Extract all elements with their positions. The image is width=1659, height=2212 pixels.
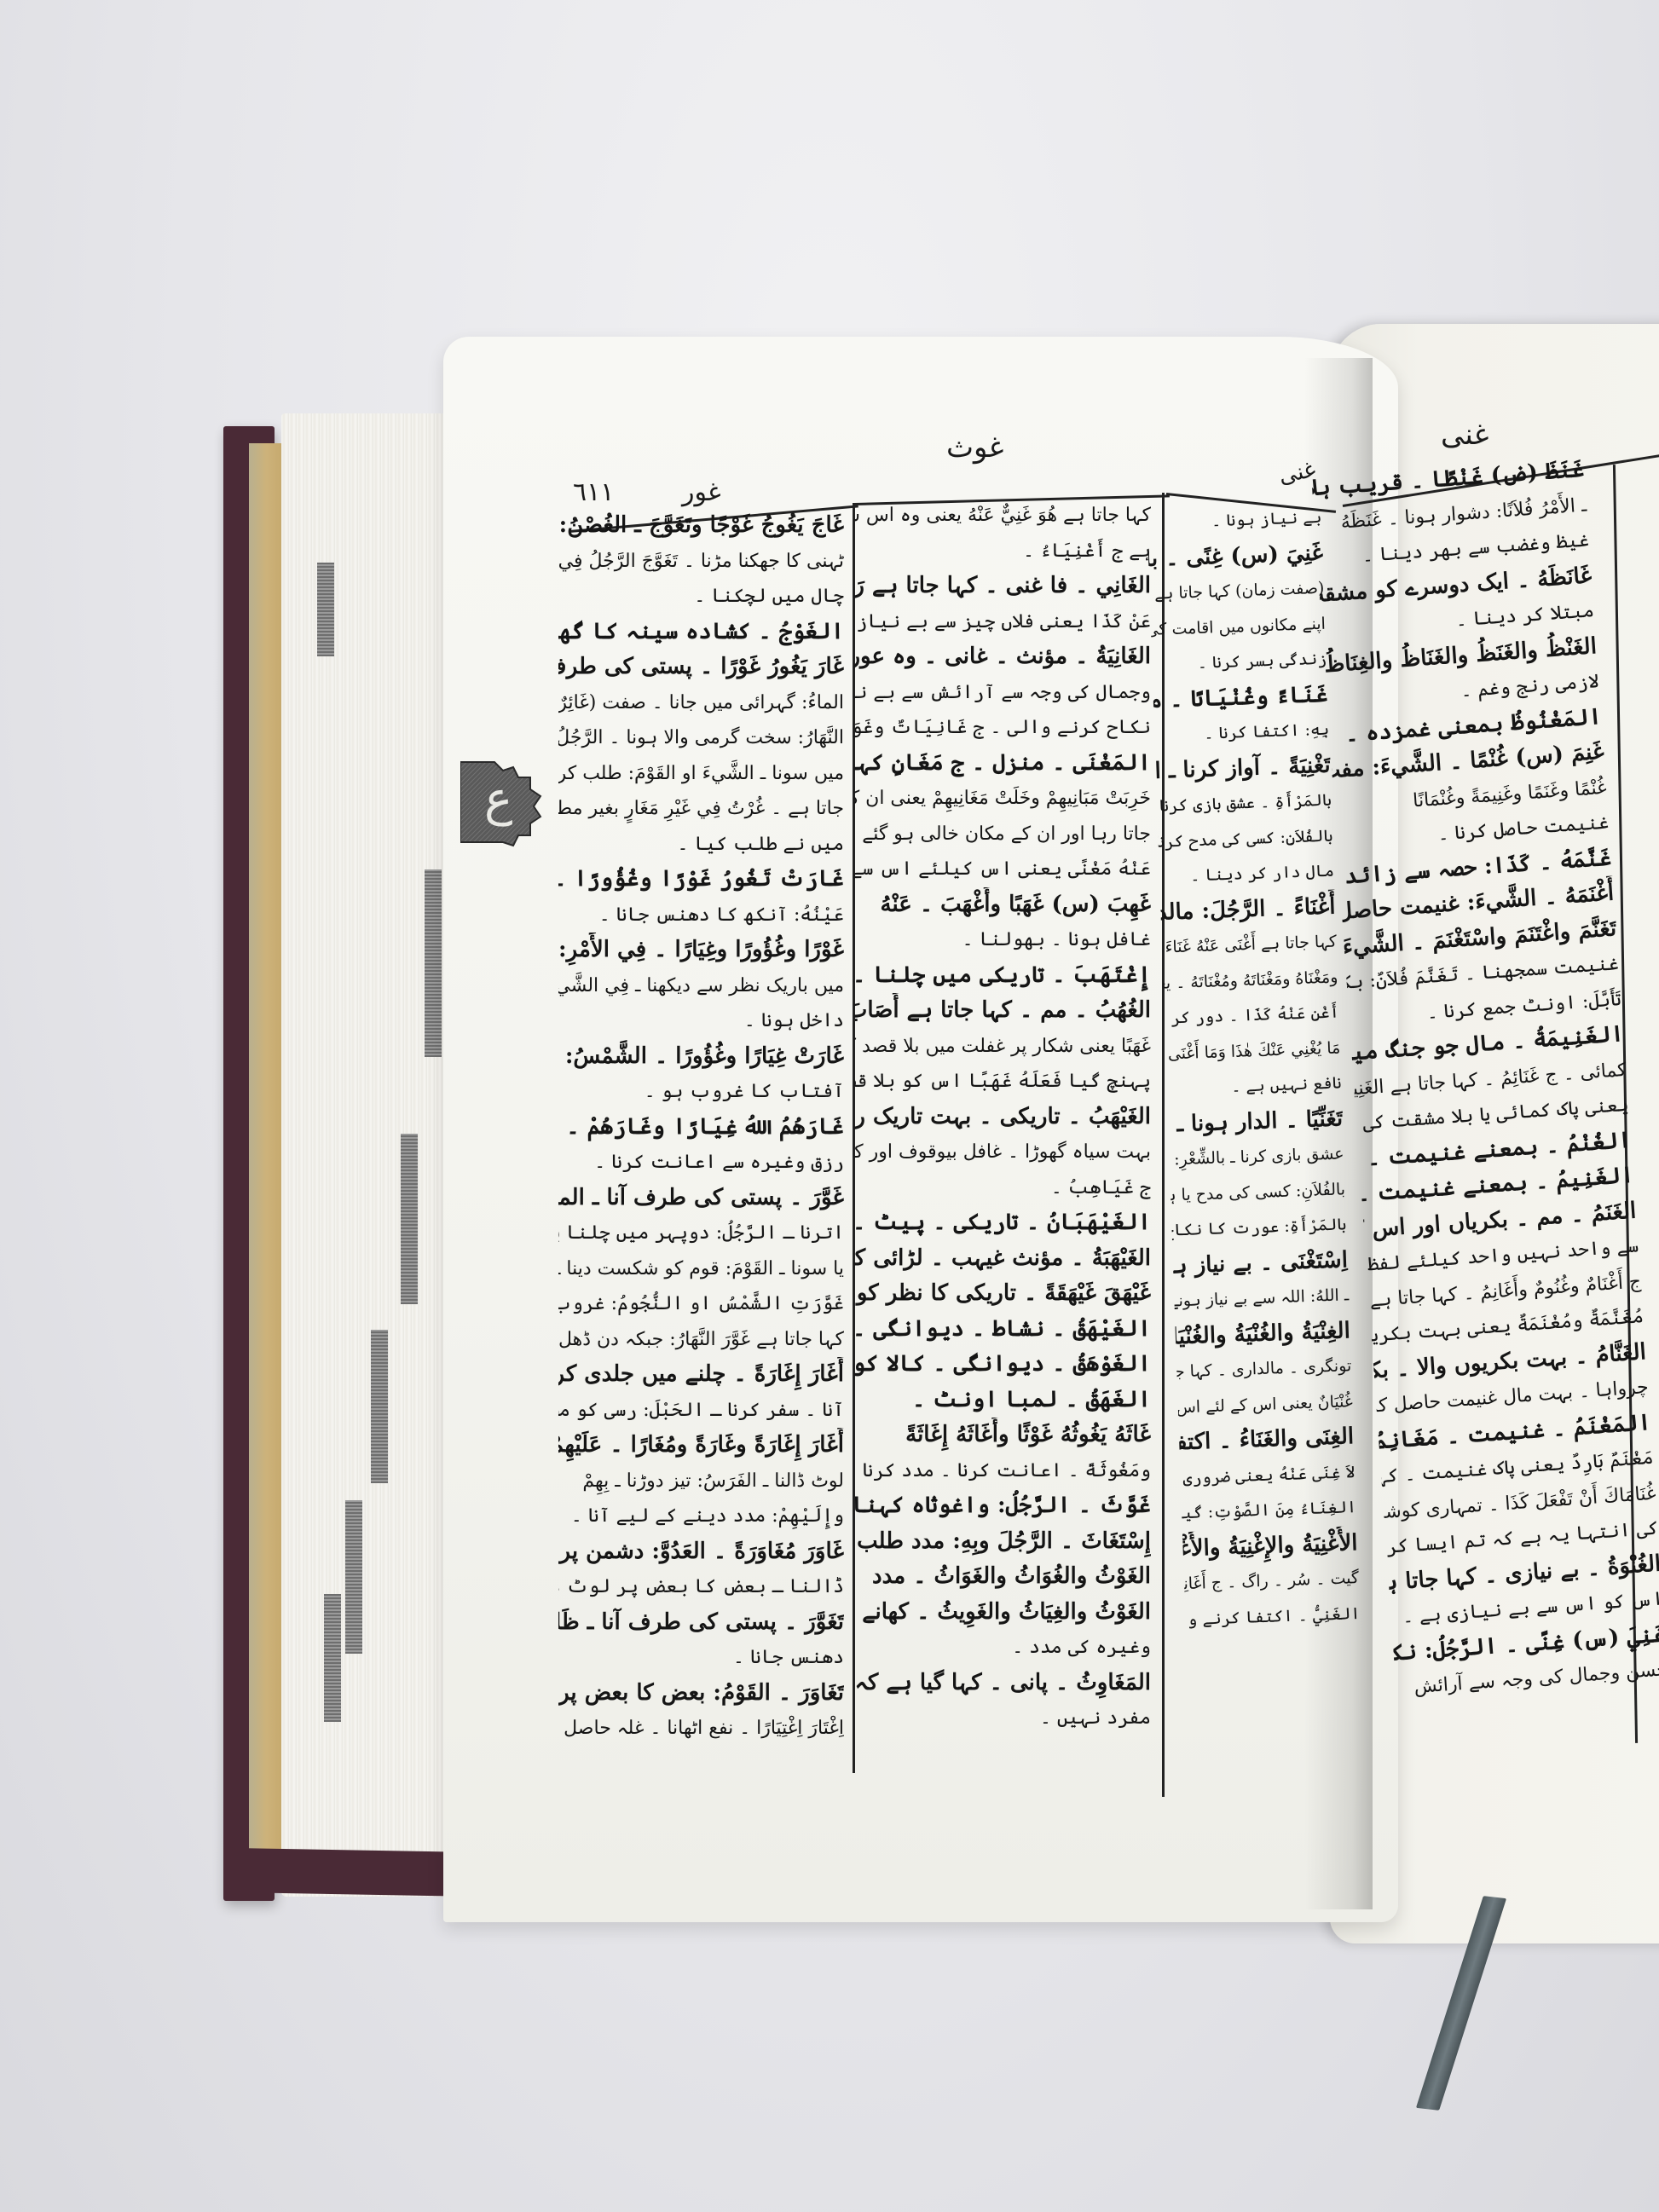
entry-definition-line: خَرِبَتْ مَبَانِيهِمْ وخَلَتْ مَغَانِيهِ…: [854, 781, 1151, 817]
entry-definition-line: ومَغْنَاهُ ومَغْنَاتَهُ ومُغْنَاتَهُ ۔ ی…: [1163, 960, 1338, 1002]
entry-headword-line: الغَيْهَبَةُ ۔ مؤنث غیہب ۔ لڑائی کا شور: [854, 1241, 1151, 1277]
entry-definition-line: میں سونا ـ الشَّيءَ او القَوْمَ: طلب کرن…: [558, 756, 844, 792]
entry-definition-line: ج غَيَاهِبُ ۔: [854, 1170, 1151, 1206]
entry-definition-line: یا سونا ـ القَوْمَ: قوم کو شکست دینا ـ: [558, 1251, 844, 1287]
entry-definition-line: ـ اللهُ: اللہ سے بے نیاز ہونے کی: [1174, 1278, 1350, 1320]
entry-headword-line: إِسْتَغَاثَ ۔ الرَّجُلَ وبِهِ: مدد طلب ک…: [854, 1524, 1151, 1560]
entry-definition-line: زندگی بسر کرنا ۔: [1152, 642, 1327, 684]
entry-definition-line: بہت سیاہ گھوڑا ۔ غافل بیوقوف اور کمزور: [854, 1135, 1151, 1170]
entry-headword-line: غَارَهُمُ اللهُ غِيَارًا وغَارَهُمْ ۔: [558, 1110, 844, 1146]
entry-definition-line: کہا جاتا ہے أَغْنَى عَنْهُ غَنَاءَ فُلاَ…: [1161, 925, 1337, 967]
entry-headword-line: الغَيْهَبَانُ ۔ تاریکی ۔ پیٹ ۔: [854, 1205, 1151, 1241]
entry-headword-line: غَوَّرَ ۔ پستی کی طرف آنا ـ الماءُ: زمین…: [558, 1181, 844, 1216]
entry-headword-line: الغَوْثُ والغُوَاثُ والغَوَاثُ ۔ مدد: [854, 1559, 1151, 1595]
entry-headword-line: غَوْرًا وغُؤُورًا وغِيَارًا ۔ فِي الأَمْ…: [558, 933, 844, 968]
entry-definition-line: الغَنِيُّ ۔ اکتفا کرنے والا ۔ تونگر ۔ ما…: [1185, 1597, 1361, 1638]
entry-definition-line: لوٹ ڈالنا ـ الفَرَسُ: تیز دوڑنا ـ بِهِمْ: [558, 1464, 844, 1499]
entry-definition-line: عشق بازی کرنا ـ بالشِّعْرِ:: [1169, 1136, 1344, 1178]
entry-headword-line: غَوَّثَ ۔ الرَّجُلُ: واغوثاہ کہنا ۔: [854, 1488, 1151, 1524]
entry-definition-line: لاَ غِنَى عَنْهُ یعنی ضروری ہے ۔: [1180, 1455, 1356, 1497]
entry-definition-line: عَنْهُ مَغْنًى یعنی اس کیلئے اس سے چارہ …: [854, 852, 1151, 887]
entry-headword-line: الغَيْهَقُ ۔ نشاط ۔ دیوانگی ۔: [854, 1312, 1151, 1348]
entry-definition-line: کہا جاتا ہے هُوَ غَنِيٌّ عَنْهُ یعنی وہ …: [854, 498, 1151, 534]
entry-headword-line: اِسْتَغْنَى ۔ بے نیاز ہونا ـ عَنْهُ، بِه…: [1172, 1243, 1348, 1285]
entry-definition-line: اپنے مکانوں میں اقامت کی پھر فنا ہو گئے: [1150, 606, 1326, 648]
page-number: ٦١١: [573, 477, 614, 507]
entry-headword-line: الأُغْنِيَةُ والإِغْنِيَةُ والأُغْنِيَّة…: [1182, 1526, 1358, 1568]
entry-definition-line: عَيْنُهُ: آنکھ کا دھنس جانا ۔: [558, 898, 844, 933]
running-head-left: غور: [682, 477, 721, 507]
entry-headword-line: الغَوْثُ والغِيَاثُ والغَوِيثُ ۔ کھانے: [854, 1595, 1151, 1631]
entry-headword-line: الغَهَقُ ۔ لمبا اونٹ ۔: [854, 1383, 1151, 1418]
entry-definition-line: بالمَرْأَةِ: عورت کا نکاح کرنا ۔: [1171, 1207, 1347, 1249]
dictionary-column-left: غَاجَ يَغُوجُ غَوْجًا وتَغَوَّجَ ـ الغُص…: [558, 508, 844, 1747]
entry-definition-line: ٹہنی کا جھکنا مڑنا ۔ تَغَوَّجَ الرَّجُلُ…: [558, 544, 844, 580]
entry-definition-line: جاتا ہے ۔ غُرْتُ فِي غَيْرِ مَغَارٍ بغیر…: [558, 791, 844, 827]
entry-definition-line: غُنْيَانٌ یعنی اس کے لئے اس سے: [1177, 1384, 1353, 1426]
entry-definition-line: غافل ہونا ۔ بھولنا ۔: [854, 922, 1151, 958]
entry-headword-line: تَغْنِيَةً ۔ آواز کرنا ـ الشِّعْرَ و: [1155, 748, 1331, 789]
entry-headword-line: الغَوْهَقُ ۔ دیوانگی ۔ کالا کوا ۔: [854, 1347, 1151, 1383]
entry-definition-line: بِهِ: اکتفا کرنا ۔: [1154, 713, 1330, 754]
entry-headword-line: الغِنَى والغَنَاءُ ۔ اکتفا تونگری ۔ کہا …: [1179, 1419, 1355, 1461]
entry-definition-line: عَنْ كَذَا یعنی فلاں چیز سے بے نیاز ۔: [854, 604, 1151, 640]
entry-headword-line: الغَانِيَةُ ۔ مؤنث ۔ غانی ۔ وہ عورت جو ح…: [854, 639, 1151, 675]
entry-headword-line: إِغْتَهَبَ ۔ تاریکی میں چلنا ۔: [854, 958, 1151, 994]
entry-definition-line: اترنا ـ الرَّجُلُ: دوپہر میں چلنا یا ناز…: [558, 1216, 844, 1251]
dictionary-column-middle: کہا جاتا ہے هُوَ غَنِيٌّ عَنْهُ یعنی وہ …: [854, 498, 1151, 1736]
entry-definition-line: الماءُ: گہرائی میں جانا ۔ صفت (غَائِرٌ): [558, 685, 844, 721]
entry-headword-line: غَهِبَ (س) غَهَبًا وأَغْهَبَ ۔ عَنْهُ: [854, 887, 1151, 923]
entry-headword-line: الغَوْجُ ۔ کشادہ سینہ کا گھوڑا ۔: [558, 615, 844, 650]
entry-definition-line: دھنس جانا ۔: [558, 1640, 844, 1676]
entry-definition-line: مفرد نہیں ۔: [854, 1701, 1151, 1736]
entry-headword-line: الغِنْيَةُ والغُنْيَةُ والغُنْيَانُ: [1175, 1314, 1350, 1355]
thumb-index-tab: [371, 1330, 388, 1483]
entry-definition-line: بے نیاز ہونا ۔: [1147, 500, 1322, 542]
entry-definition-line: نکاح کرنے والی ۔ ج غَانِيَاتٌ وغَوَانٍ ۔: [854, 710, 1151, 746]
entry-headword-line: الغَيْهَبُ ۔ تاریکی ۔ بہت تاریک رات: [854, 1100, 1151, 1135]
entry-definition-line: تونگری ۔ مالداری ۔ کہا جاتا ہے مَا لَهُ …: [1176, 1349, 1352, 1390]
entry-definition-line: گیت ۔ سُر ۔ راگ ۔ ج أَغَانِي: [1183, 1561, 1359, 1603]
entry-definition-line: ومَغُوثَةً ۔ اعانت کرنا ۔ مدد کرنا ۔: [854, 1453, 1151, 1489]
thumb-index-tab: [317, 563, 334, 656]
entry-definition-line: کہا جاتا ہے غَوَّرَ النَّهَارُ: جبکہ دن …: [558, 1322, 844, 1358]
entry-definition-line: وغیرہ کی مدد ۔: [854, 1630, 1151, 1666]
page-edges: [281, 413, 456, 1897]
entry-definition-line: بالمَرْأَةِ ۔ عشق بازی کرنا ۔: [1156, 783, 1332, 825]
entry-definition-line: آنا ۔ سفر کرنا ـ الحَبْلَ: رسی کو مضبوط …: [558, 1393, 844, 1429]
thumb-index-tab: [324, 1594, 341, 1722]
entry-definition-line: ہے ج أَغْنِيَاءُ ۔: [854, 534, 1151, 569]
entry-definition-line: آفتاب کا غروب ہو ۔: [558, 1074, 844, 1110]
thumb-index-tab: [425, 869, 442, 1057]
entry-headword-line: المَغْنَى ۔ منزل ۔ ج مَغَانٍ کہا جاتا ہے: [854, 746, 1151, 782]
entry-headword-line: الغَانِي ۔ فا غنی ۔ کہا جاتا ہے رَجُلٌ غ…: [854, 569, 1151, 604]
entry-definition-line: نافع نہیں ہے ۔: [1166, 1066, 1342, 1107]
entry-headword-line: المَغَاوِثُ ۔ پانی ۔ کہا گیا ہے کہ اس کی…: [854, 1666, 1151, 1701]
entry-definition-line: میں باریک نظر سے دیکھنا ـ فِي الشَّيءِ: …: [558, 968, 844, 1004]
entry-definition-line: اِغْتَارَ اِغْتِيَارًا ۔ نفع اٹھانا ۔ غل…: [558, 1711, 844, 1747]
entry-definition-line: داخل ہونا ۔: [558, 1003, 844, 1039]
entry-headword-line: تَغَوَّرَ ۔ پستی کی طرف آنا ـ ظَاهِرُ ال…: [558, 1605, 844, 1641]
entry-headword-line: غَارَ يَغُورُ غَوْرًا ۔ پستی کی طرف آنا: [558, 650, 844, 685]
entry-headword-line: غَارَتْ تَغُورُ غَوْرًا وغُؤُورًا ۔: [558, 862, 844, 898]
entry-definition-line: غَوَّرَتِ الشَّمْسُ او النُّجُومُ: غروب …: [558, 1286, 844, 1322]
entry-headword-line: غَنَاءً وغُنْيَانًا ۔ مالدار ہونا ۔: [1153, 677, 1328, 719]
section-letter: ع: [484, 771, 512, 827]
entry-headword-line: غَاوَرَ مُغَاوَرَةً ۔ العَدُوَّ: دشمن پر…: [558, 1534, 844, 1570]
entry-definition-line: النَّهَارُ: سخت گرمی والا ہونا ۔ الرَّجُ…: [558, 720, 844, 756]
entry-definition-line: وإِلَيْهِمْ: مدد دینے کے لیے آنا ۔: [558, 1499, 844, 1534]
thumb-index-tab: [345, 1500, 362, 1654]
entry-headword-line: أَغَارَ إِغَارَةً وغَارَةً ومُغَارًا ۔ ع…: [558, 1428, 844, 1464]
entry-definition-line: بالفُلاَنِ: کسی کی مدح کرنا یا ہجو کرنا …: [1158, 818, 1333, 860]
entry-headword-line: أَغَارَ إِغَارَةً ۔ چلنے میں جلدی کرنا ۔…: [558, 1357, 844, 1393]
entry-definition-line: جاتا رہا اور ان کے مکان خالی ہو گئے ۔ مَ…: [854, 817, 1151, 852]
entry-headword-line: غَاثَهُ يَغُوثُهُ غَوْثًا وأَغَاثَهُ إِغ…: [854, 1418, 1151, 1453]
entry-definition-line: ڈالنا ـ بعض کا بعض پر لوٹ ڈالنا ۔: [558, 1569, 844, 1605]
entry-definition-line: أَغْنِ عَنْهُ كَذَا ۔ دور کر دینا ۔: [1164, 995, 1339, 1037]
entry-headword-line: أَغْنَاءً ۔ الرَّجُلَ: مالدار کر دینا ـ: [1160, 889, 1336, 931]
entry-definition-line: (صفت زمان) کہا جاتا ہے غَنُوا بِدِيَارِه…: [1149, 571, 1325, 613]
entry-definition-line: مَا يُغْنِي عَنْكَ هٰذَا وَمَا أَغْنَى: [1165, 1031, 1341, 1072]
entry-definition-line: وجمال کی وجہ سے آرائش سے بے نیاز ہو ۔: [854, 675, 1151, 711]
entry-definition-line: رزق وغیرہ سے اعانت کرنا ۔: [558, 1145, 844, 1181]
entry-definition-line: چال میں لچکنا ۔: [558, 579, 844, 615]
entry-headword-line: غَيْهَقَ غَيْهَقَةً ۔ تاریکی کا نظر کو ک…: [854, 1276, 1151, 1312]
entry-definition-line: الغِنَاءُ مِنَ الصَّوْتِ: گیت ۔ سُر ۔: [1181, 1490, 1356, 1532]
entry-definition-line: غَهَبًا یعنی شکار پر غفلت میں بلا قصد کے: [854, 1029, 1151, 1065]
entry-definition-line: پہنچ گیا فَعَلَهُ غَهَبًا اس کو بلا قصد …: [854, 1064, 1151, 1100]
running-head-center: غوث: [946, 430, 1003, 465]
entry-headword-line: غَارَتْ غِيَارًا وغُؤُورًا ۔ الشَّمْسُ:: [558, 1039, 844, 1075]
entry-headword-line: تَغَاوَرَ ۔ القَوْمُ: بعض کا بعض پر لوٹ …: [558, 1676, 844, 1712]
entry-definition-line: مال دار کر دینا ۔: [1159, 854, 1334, 896]
thumb-index-tab: [401, 1134, 418, 1304]
entry-headword-line: تَغَنِّيًا ۔ الدار ہونا ـ بالمَرْأَةِ:: [1168, 1101, 1344, 1143]
entry-headword-line: غَاجَ يَغُوجُ غَوْجًا وتَغَوَّجَ ـ الغُص…: [558, 508, 844, 544]
entry-headword-line: غَنِيَ (س) غِنًى ۔ بالمَكَانِ: اقامت: [1147, 535, 1323, 577]
running-head-right-page: غنی: [1441, 418, 1488, 452]
entry-definition-line: میں نے طلب کیا ۔: [558, 827, 844, 863]
entry-headword-line: الغُهُبُ ۔ مم ۔ کہا جاتا ہے أَصَابَ الصَ…: [854, 993, 1151, 1029]
entry-definition-line: بالفُلاَنِ: کسی کی مدح یا ہجو کرنا: [1170, 1172, 1345, 1214]
